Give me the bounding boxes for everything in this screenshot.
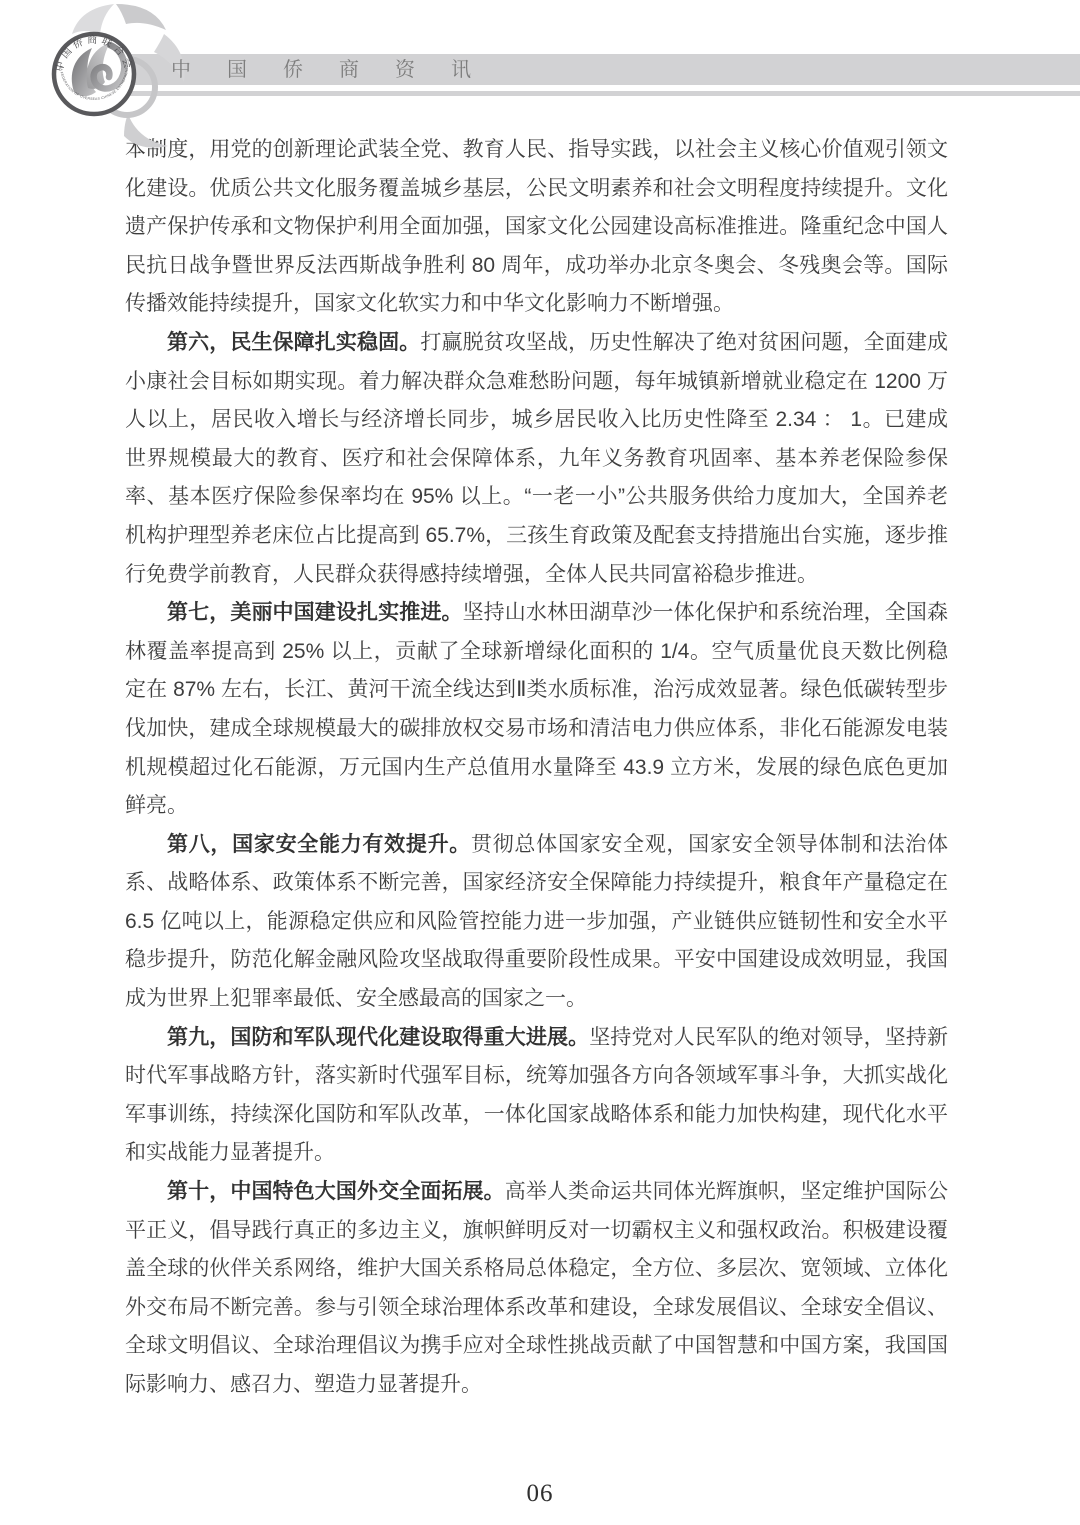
paragraph-ten: 第十，中国特色大国外交全面拓展。高举人类命运共同体光辉旗帜，坚定维护国际公平正义… (125, 1173, 948, 1405)
paragraph-six: 第六，民生保障扎实稳固。打赢脱贫攻坚战，历史性解决了绝对贫困问题，全面建成小康社… (125, 324, 948, 594)
paragraph-eight: 第八，国家安全能力有效提升。贯彻总体国家安全观，国家安全领导体制和法治体系、战略… (125, 826, 948, 1019)
paragraph-text: 打赢脱贫攻坚战，历史性解决了绝对贫困问题，全面建成小康社会目标如期实现。着力解决… (125, 331, 948, 586)
paragraph-text: 高举人类命运共同体光辉旗帜，坚定维护国际公平正义，倡导践行真正的多边主义，旗帜鲜… (125, 1180, 948, 1396)
paragraph-lead: 第九，国防和军队现代化建设取得重大进展。 (167, 1026, 589, 1049)
publication-title: 中国侨商资讯 (171, 59, 507, 81)
paragraph-text: 坚持山水林田湖草沙一体化保护和系统治理，全国森林覆盖率提高到 25% 以上，贡献… (125, 601, 948, 817)
paragraph-text: 贯彻总体国家安全观，国家安全领导体制和法治体系、战略体系、政策体系不断完善，国家… (125, 833, 948, 1010)
masthead-underline (96, 91, 1080, 96)
paragraph-text: 本制度，用党的创新理论武装全党、教育人民、指导实践，以社会主义核心价值观引领文化… (125, 138, 948, 315)
paragraph-lead: 第六，民生保障扎实稳固。 (167, 331, 420, 354)
article-body: 本制度，用党的创新理论武装全党、教育人民、指导实践，以社会主义核心价值观引领文化… (125, 131, 948, 1405)
paragraph-nine: 第九，国防和军队现代化建设取得重大进展。坚持党对人民军队的绝对领导，坚持新时代军… (125, 1019, 948, 1173)
paragraph-lead: 第七，美丽中国建设扎实推进。 (167, 601, 463, 624)
paragraph-lead: 第十，中国特色大国外交全面拓展。 (167, 1180, 505, 1203)
page-number: 06 (0, 1480, 1080, 1508)
paragraph-continuation: 本制度，用党的创新理论武装全党、教育人民、指导实践，以社会主义核心价值观引领文化… (125, 131, 948, 324)
paragraph-lead: 第八，国家安全能力有效提升。 (167, 833, 471, 856)
paragraph-seven: 第七，美丽中国建设扎实推进。坚持山水林田湖草沙一体化保护和系统治理，全国森林覆盖… (125, 594, 948, 826)
